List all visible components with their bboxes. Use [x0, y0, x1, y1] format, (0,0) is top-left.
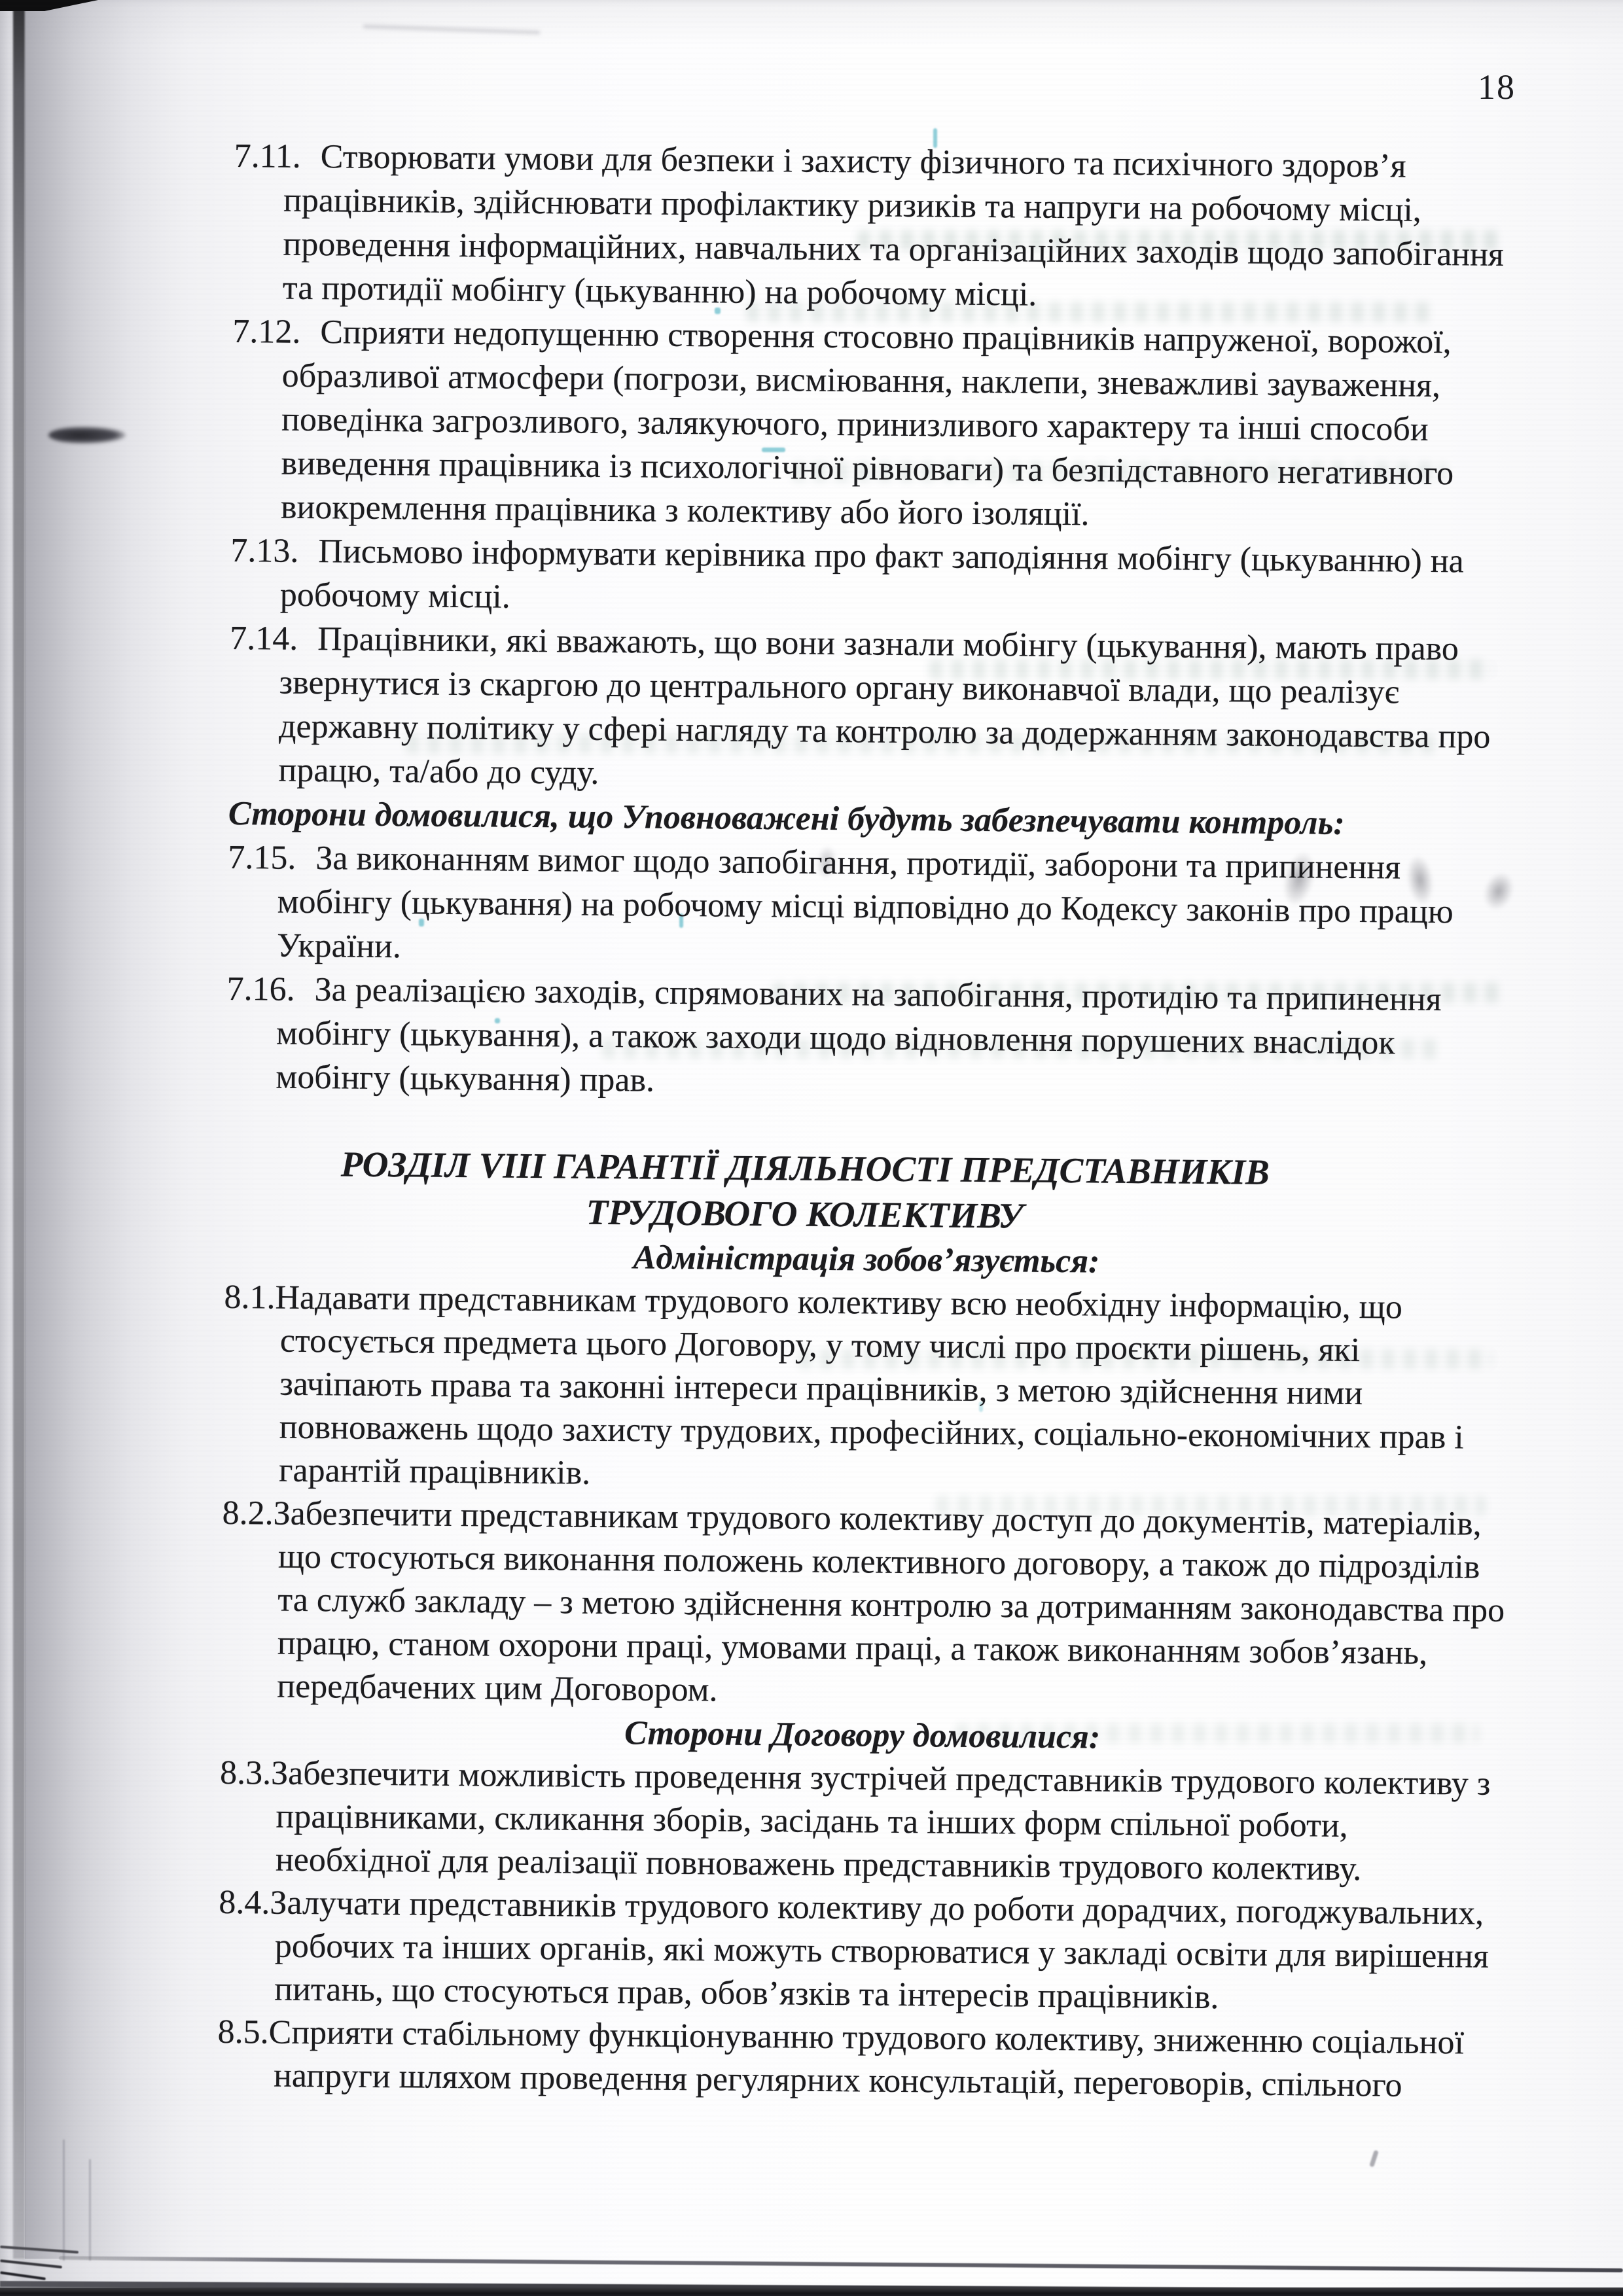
book-spine-shadow — [25, 0, 188, 2259]
section-8-title: РОЗДІЛ VIII ГАРАНТІЇ ДІЯЛЬНОСТІ ПРЕДСТАВ… — [224, 1140, 1385, 1242]
cyan-speck-artifact — [419, 919, 424, 927]
administration-heading: Адміністрація зобов’язується: — [224, 1232, 1509, 1287]
page-corner-edge — [0, 2246, 79, 2253]
bleed-through-artifact — [929, 660, 1492, 679]
page-edge-artifact — [89, 2159, 91, 2261]
clause-number: 7.14. — [230, 620, 298, 658]
cyan-speck-artifact — [933, 128, 937, 148]
clause-text: Письмово інформувати керівника про факт … — [280, 533, 1464, 616]
bleed-through-artifact — [955, 1723, 1479, 1743]
parties-agreement-heading: Сторони Договору домовилися: — [220, 1708, 1505, 1763]
cyan-speck-artifact — [679, 913, 683, 928]
clause-number: 7.12. — [232, 313, 300, 351]
clause-number: 7.16. — [226, 970, 294, 1008]
clause-number: 7.11. — [234, 137, 301, 175]
clause-text: Забезпечити можливість проведення зустрі… — [271, 1755, 1491, 1888]
document-body: 7.11.Створювати умови для безпеки і захи… — [217, 134, 1518, 2108]
bleed-through-artifact — [792, 462, 1446, 482]
clause-text: Залучати представників трудового колекти… — [270, 1884, 1489, 2017]
page-corner-edge — [0, 2259, 62, 2269]
cyan-speck-artifact — [762, 448, 785, 452]
stray-mark-artifact — [1369, 2150, 1379, 2168]
bleed-through-artifact — [602, 1039, 1440, 1059]
clause-7-11: 7.11.Створювати умови для безпеки і захи… — [233, 134, 1518, 321]
book-bottom-edge — [0, 2281, 1623, 2295]
bleed-through-artifact — [406, 734, 1440, 754]
section-8-title-line2: ТРУДОВОГО КОЛЕКТИВУ — [224, 1186, 1385, 1242]
clause-number: 7.15. — [228, 839, 296, 877]
page-edge-artifact — [63, 2140, 65, 2261]
clause-number: 7.13. — [230, 532, 298, 570]
bleed-through-artifact — [772, 983, 1505, 1002]
clause-text: За виконанням вимог щодо запобігання, пр… — [277, 839, 1454, 965]
bleed-through-artifact — [857, 230, 1499, 250]
gray-smudge-artifact — [815, 845, 838, 881]
ink-smudge-artifact — [48, 427, 126, 444]
clause-8-2: 8.2.Забезпечити представникам трудового … — [221, 1492, 1507, 1719]
clause-text: За реалізацією заходів, спрямованих на з… — [276, 971, 1442, 1099]
clause-number: 8.2. — [222, 1494, 273, 1532]
gray-smudge-artifact — [1478, 868, 1519, 914]
scan-corner-artifact — [0, 0, 98, 11]
control-agreement-heading: Сторони домовилися, що Уповноважені буду… — [228, 792, 1513, 847]
clause-7-14: 7.14.Працівники, які вважають, що вони з… — [228, 616, 1514, 803]
clause-number: 8.3. — [220, 1754, 271, 1792]
cyan-speck-artifact — [979, 1402, 983, 1412]
clause-number: 8.5. — [217, 2013, 268, 2051]
cyan-speck-artifact — [715, 308, 721, 314]
clause-text: Створювати умови для безпеки і захисту ф… — [283, 138, 1504, 313]
gray-smudge-artifact — [1277, 848, 1320, 910]
cyan-speck-artifact — [495, 1018, 500, 1023]
bleed-through-artifact — [936, 1496, 1486, 1515]
page-number: 18 — [1478, 67, 1516, 107]
page-corner-edge — [0, 2271, 46, 2280]
clause-text: Забезпечити представникам трудового коле… — [273, 1495, 1505, 1709]
clause-7-16: 7.16.За реалізацією заходів, спрямованих… — [226, 967, 1511, 1110]
scan-streak-artifact — [363, 24, 540, 34]
gray-smudge-artifact — [1404, 853, 1436, 908]
clause-7-13: 7.13.Письмово інформувати керівника про … — [230, 529, 1515, 627]
clause-8-3: 8.3.Забезпечити можливість проведення зу… — [219, 1752, 1505, 1892]
clause-text: Надавати представникам трудового колекти… — [275, 1279, 1464, 1492]
scan-bottom-shadow — [0, 2287, 1623, 2296]
clause-8-5: 8.5.Сприяти стабільному функціонуванню т… — [217, 2011, 1502, 2108]
clause-7-15: 7.15.За виконанням вимог щодо запобіганн… — [227, 836, 1512, 978]
clause-8-1: 8.1.Надавати представникам трудового кол… — [223, 1276, 1508, 1503]
clause-text: Працівники, які вважають, що вони зазнал… — [278, 620, 1490, 792]
clause-7-12: 7.12.Сприяти недопущенню створення стосо… — [231, 309, 1517, 540]
clause-number: 8.4. — [219, 1884, 270, 1922]
clause-text: Сприяти недопущенню створення стосовно п… — [281, 313, 1454, 533]
scanned-sheet: 18 7.11.Створювати умови для безпеки і з… — [0, 0, 1623, 2296]
bleed-through-artifact — [798, 1349, 1492, 1369]
page-bottom-edge — [59, 2256, 1623, 2272]
bleed-through-artifact — [746, 302, 1433, 322]
clause-number: 8.1. — [224, 1279, 275, 1316]
book-spine-line — [13, 0, 25, 2259]
clause-8-4: 8.4.Залучати представників трудового кол… — [218, 1881, 1503, 2022]
section-8-title-line1: РОЗДІЛ VIII ГАРАНТІЇ ДІЯЛЬНОСТІ ПРЕДСТАВ… — [225, 1140, 1385, 1196]
clause-text: Сприяти стабільному функціонуванню трудо… — [268, 2014, 1464, 2104]
